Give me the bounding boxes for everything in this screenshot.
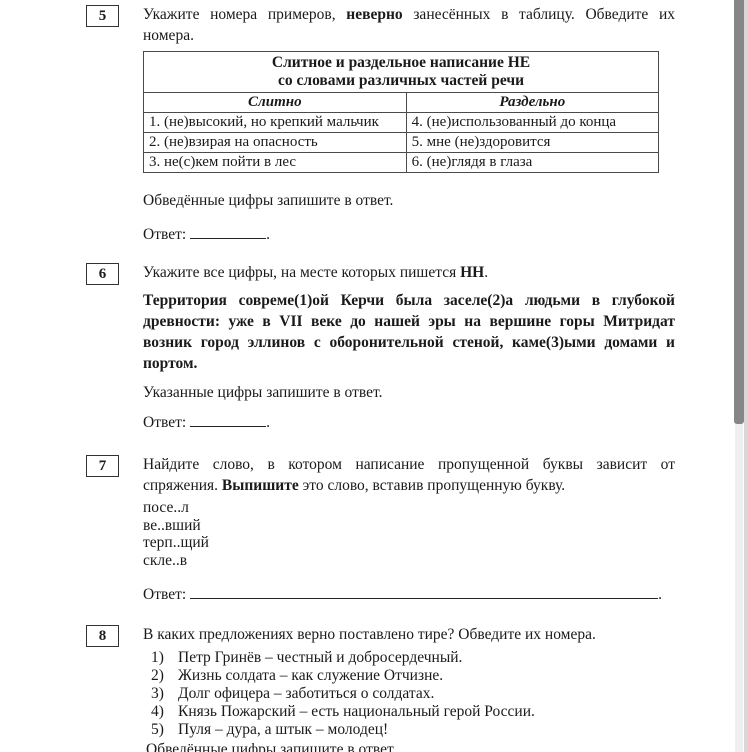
instruction-note: Обведённые цифры запишите в ответ.	[143, 741, 675, 752]
table-title-line1: Слитное и раздельное написание НЕ	[148, 54, 654, 72]
question-6: 6 Укажите все цифры, на месте которых пи…	[143, 262, 675, 432]
question-5: 5 Укажите номера примеров, неверно занес…	[143, 4, 675, 244]
prompt-text: .	[484, 264, 488, 281]
table-col-header-razdelno: Раздельно	[406, 93, 658, 113]
scrollbar	[733, 0, 748, 752]
prompt-bold-text: Выпишите	[222, 477, 299, 494]
sentence-options: 1)Петр Гринёв – честный и добросердечный…	[143, 649, 675, 739]
prompt-text: это слово, вставив пропущенную букву.	[299, 477, 565, 494]
question-prompt: Укажите номера примеров, неверно занесён…	[143, 4, 675, 46]
item-text: Пуля – дура, а штык – молодец!	[178, 721, 675, 739]
item-number: 4)	[143, 703, 178, 721]
table-col-header-slitno: Слитно	[144, 93, 407, 113]
answer-line: Ответ:.	[143, 413, 675, 432]
word-option: ве..вший	[143, 517, 675, 535]
answer-label: Ответ:	[143, 226, 186, 243]
answer-label: Ответ:	[143, 414, 186, 431]
table-cell: 2. (не)взирая на опасность	[144, 133, 407, 153]
table-cell: 3. не(с)кем пойти в лес	[144, 153, 407, 173]
item-number: 5)	[143, 721, 178, 739]
answer-line: Ответ:.	[143, 225, 675, 244]
item-number: 3)	[143, 685, 178, 703]
word-option: терп..щий	[143, 534, 675, 552]
question-number-box: 6	[86, 263, 119, 285]
answer-blank	[190, 585, 658, 599]
prompt-text: Укажите все цифры, на месте которых пише…	[143, 264, 460, 281]
instruction-note: Указанные цифры запишите в ответ.	[143, 384, 675, 401]
answer-line: Ответ:.	[143, 585, 675, 604]
item-number: 1)	[143, 649, 178, 667]
answer-blank	[190, 413, 266, 427]
table-row: 2. (не)взирая на опасность 5. мне (не)зд…	[144, 133, 659, 153]
item-text: Жизнь солдата – как служение Отчизне.	[178, 667, 675, 685]
scrollbar-thumb[interactable]	[734, 0, 744, 424]
question-number-box: 7	[86, 455, 119, 477]
list-item: 4)Князь Пожарский – есть национальный ге…	[143, 703, 675, 721]
question-number-box: 5	[86, 5, 119, 27]
exam-page: 5 Укажите номера примеров, неверно занес…	[0, 0, 748, 752]
question-7: 7 Найдите слово, в котором написание про…	[143, 454, 675, 604]
question-8: 8 В каких предложениях верно поставлено …	[143, 624, 675, 752]
table-cell: 1. (не)высокий, но крепкий мальчик	[144, 113, 407, 133]
word-option: скле..в	[143, 552, 675, 570]
scrollbar-track[interactable]	[735, 424, 743, 752]
item-text: Петр Гринёв – честный и добросердечный.	[178, 649, 675, 667]
answer-period: .	[266, 226, 270, 243]
answer-period: .	[266, 414, 270, 431]
question-prompt: Укажите все цифры, на месте которых пише…	[143, 262, 675, 283]
table-row: 1. (не)высокий, но крепкий мальчик 4. (н…	[144, 113, 659, 133]
list-item: 3)Долг офицера – заботиться о солдатах.	[143, 685, 675, 703]
question-prompt: Найдите слово, в котором написание пропу…	[143, 454, 675, 496]
table-cell: 4. (не)использованный до конца	[406, 113, 658, 133]
scrollbar-edge	[744, 0, 748, 752]
item-number: 2)	[143, 667, 178, 685]
prompt-text: Укажите номера примеров,	[143, 6, 346, 23]
list-item: 5)Пуля – дура, а штык – молодец!	[143, 721, 675, 739]
list-item: 2)Жизнь солдата – как служение Отчизне.	[143, 667, 675, 685]
table-cell: 5. мне (не)здоровится	[406, 133, 658, 153]
list-item: 1)Петр Гринёв – честный и добросердечный…	[143, 649, 675, 667]
word-list: посе..л ве..вший терп..щий скле..в	[143, 499, 675, 569]
item-text: Долг офицера – заботиться о солдатах.	[178, 685, 675, 703]
bold-passage: Территория совреме(1)ой Керчи была засел…	[143, 290, 675, 374]
prompt-bold-text: неверно	[346, 6, 402, 23]
answer-blank	[190, 225, 266, 239]
question-number-box: 8	[86, 625, 119, 647]
table-title-line2: со словами различных частей речи	[148, 72, 654, 90]
table-title: Слитное и раздельное написание НЕ со сло…	[144, 52, 659, 93]
instruction-note: Обведённые цифры запишите в ответ.	[143, 192, 675, 209]
table-cell: 6. (не)глядя в глаза	[406, 153, 658, 173]
ne-spelling-table: Слитное и раздельное написание НЕ со сло…	[143, 51, 659, 173]
word-option: посе..л	[143, 499, 675, 517]
item-text: Князь Пожарский – есть национальный геро…	[178, 703, 675, 721]
question-prompt: В каких предложениях верно поставлено ти…	[143, 624, 675, 645]
answer-label: Ответ:	[143, 586, 186, 603]
answer-period: .	[658, 586, 662, 603]
table-row: 3. не(с)кем пойти в лес 6. (не)глядя в г…	[144, 153, 659, 173]
prompt-bold-text: НН	[460, 264, 484, 281]
